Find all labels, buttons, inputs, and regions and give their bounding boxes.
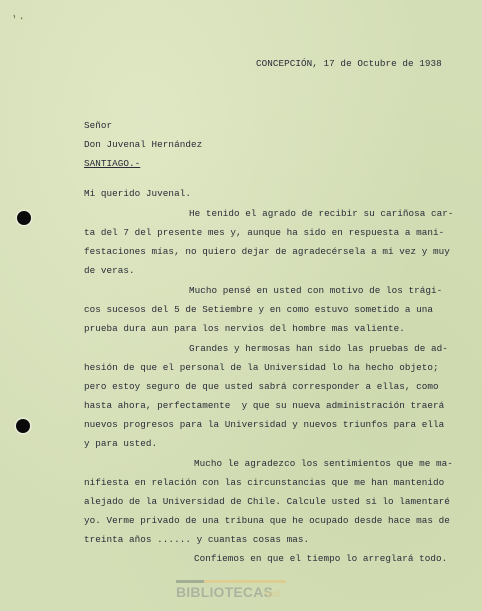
body-line: ta del 7 del presente mes y, aunque ha s… bbox=[84, 227, 444, 239]
bibliotecas-watermark: BIBLIOTECAS ºpdf bbox=[176, 580, 296, 604]
body-line: de veras. bbox=[84, 265, 135, 277]
date-line: CONCEPCIÓN, 17 de Octubre de 1938 bbox=[256, 58, 442, 70]
body-line: nuevos progresos para la Universidad y n… bbox=[84, 419, 444, 431]
body-line: Mucho le agradezco los sentimientos que … bbox=[194, 458, 453, 470]
body-line: y para usted. bbox=[84, 438, 157, 450]
watermark-subtext: ºpdf bbox=[264, 589, 280, 599]
body-line: prueba dura aun para los nervios del hom… bbox=[84, 323, 405, 335]
body-line: pero estoy seguro de que usted sabrá cor… bbox=[84, 381, 439, 393]
watermark-bar-gold bbox=[204, 580, 286, 583]
closing-line: Confiemos en que el tiempo lo arreglará … bbox=[194, 553, 447, 565]
body-line: yo. Verme privado de una tribuna que he … bbox=[84, 515, 450, 527]
body-line: cos sucesos del 5 de Setiembre y en como… bbox=[84, 304, 433, 316]
body-line: festaciones mías, no quiero dejar de agr… bbox=[84, 246, 450, 258]
letter-page: ′· CONCEPCIÓN, 17 de Octubre de 1938 Señ… bbox=[0, 0, 482, 611]
body-line: He tenido el agrado de recibir su cariño… bbox=[189, 208, 454, 220]
punch-hole-top bbox=[17, 211, 31, 225]
corner-pencil-mark: ′· bbox=[11, 13, 26, 27]
watermark-text: BIBLIOTECAS bbox=[176, 584, 273, 600]
recipient-name: Don Juvenal Hernández bbox=[84, 139, 202, 151]
body-line: hesión de que el personal de la Universi… bbox=[84, 362, 439, 374]
recipient-city: SANTIAGO.- bbox=[84, 158, 140, 170]
punch-hole-bottom bbox=[16, 419, 30, 433]
body-line: treinta años ...... y cuantas cosas mas. bbox=[84, 534, 309, 546]
body-line: Grandes y hermosas han sido las pruebas … bbox=[189, 343, 448, 355]
body-line: alejado de la Universidad de Chile. Calc… bbox=[84, 496, 450, 508]
body-line: nifiesta en relación con las circunstanc… bbox=[84, 477, 444, 489]
recipient-title: Señor bbox=[84, 120, 112, 132]
body-line: Mucho pensé en usted con motivo de los t… bbox=[189, 285, 442, 297]
watermark-bar-gray bbox=[176, 580, 204, 583]
body-line: hasta ahora, perfectamente y que su nuev… bbox=[84, 400, 444, 412]
greeting: Mi querido Juvenal. bbox=[84, 188, 191, 200]
